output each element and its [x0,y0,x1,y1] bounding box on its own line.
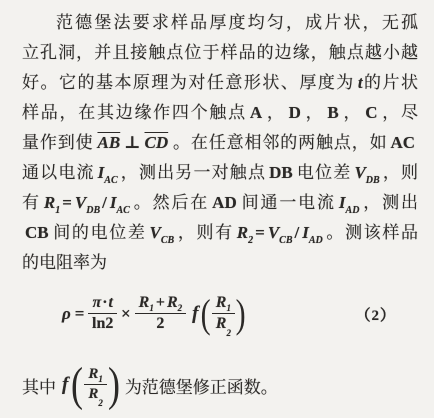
r1-symbol: R [88,366,98,383]
variable-subscript: 2 [248,235,253,246]
r1-subscript: 1 [98,374,103,384]
fraction-r1-over-r2: R1 R2 [212,294,235,335]
text-line: CB间的电位差VCB，则有R2=VCB/IAD。测该样品 [22,218,418,248]
text-run: ，测出另一对触点 [120,163,267,182]
r2-subscript: 2 [178,303,183,313]
variable-label: DB [269,163,293,182]
r1-symbol: R [139,294,150,312]
variable-subscript: AD [346,205,360,216]
variable-symbol: I [339,193,346,212]
variable-symbol: I [302,223,309,242]
text-run: ， [304,103,324,122]
variable-symbol: R [44,193,55,212]
times-sign: × [121,304,131,324]
text-run: ，则 [382,163,418,182]
text-run: 的电阻率为 [22,253,107,272]
overline-segment: AB [97,133,120,152]
variable-subscript: DB [86,205,100,216]
text-run: 间的电位差 [52,223,147,242]
text-line: 量作到使AB⊥CD。在任意相邻的两触点，如AC [22,128,418,158]
r2-subscript: 2 [226,328,231,338]
rho-symbol: ρ [62,304,71,324]
variable-label: C [365,103,377,122]
operator: ⊥ [124,133,140,152]
text-run: 的片状 [363,73,418,92]
variable-subscript: AC [117,205,130,216]
operator: = [255,223,265,242]
text-line: 立孔洞，并且接触点位于样品的边缘，触点越小越 [22,38,418,68]
f-function-symbol: f [192,303,198,325]
text-line: 通以电流IAC，测出另一对触点DB电位差VDB，则 [22,158,418,188]
variable-symbol: R [237,223,248,242]
operator: / [295,223,300,242]
text-line: 的电阻率为 [22,248,418,278]
text-run: 范德堡法要求样品厚度均匀，成片状，无孤 [56,13,418,32]
text-run: ，尽 [381,103,418,122]
fraction-r1-plus-r2-over-2: R1+R2 2 [135,294,186,334]
r2-symbol: R [88,386,98,402]
thickness-symbol: t [109,294,113,312]
overline-segment: CD [145,133,169,152]
text-run: 有 [22,193,41,212]
footnote-prefix: 其中 [22,373,56,398]
text-run: 。然后在 [132,193,209,212]
text-line: 范德堡法要求样品厚度均匀，成片状，无孤 [22,8,418,38]
variable-symbol: V [268,223,279,242]
text-line: 有R1=VDB/IAC。然后在AD间通一电流IAD，测出 [22,188,418,218]
r2-symbol: R [167,294,178,312]
text-run: 电位差 [296,163,352,182]
variable-symbol: V [75,193,86,212]
denominator-2: 2 [156,314,164,333]
r1-symbol: R [216,294,227,312]
text-run: 间通一电流 [240,193,336,212]
operator: = [62,193,72,212]
text-run: ， [265,103,285,122]
variable-label: A [250,103,262,122]
variable-symbol: V [354,163,365,182]
variable-label: AD [212,193,237,212]
text-run: 立孔洞，并且接触点位于样品的边缘，触点越小越 [22,43,418,62]
equals-sign: = [75,304,85,324]
equation-2: ρ = π·t ln2 × R1+R2 2 f ( R1 R2 ) [62,294,246,335]
text-run: 。在任意相邻的两触点，如 [172,133,387,152]
text-run: ， [342,103,362,122]
right-paren: ) [108,363,120,406]
pi-symbol: π [92,294,101,312]
variable-subscript: CB [279,235,292,246]
text-line: 样品，在其边缘作四个触点A，D，B，C，尽 [22,98,418,128]
equation-row: ρ = π·t ln2 × R1+R2 2 f ( R1 R2 ) （2） [22,282,418,346]
variable-label: B [327,103,338,122]
f-function-symbol: f [62,374,68,396]
variable-label: AC [390,133,415,152]
r1-subscript: 1 [149,303,154,313]
r1-subscript: 1 [226,303,231,313]
text-run: 样品，在其边缘作四个触点 [22,103,247,122]
variable-subscript: AD [309,235,323,246]
text-run: ，测出 [361,193,418,212]
right-paren: ) [236,296,246,332]
variable-subscript: 1 [55,205,60,216]
r2-symbol: R [216,315,227,332]
text-run: 。测该样品 [325,223,418,242]
variable-label: D [289,103,301,122]
text-run: 好。它的基本原理为对任意形状、厚度为 [22,73,355,92]
equation-number: （2） [355,304,396,325]
text-line: 好。它的基本原理为对任意形状、厚度为t的片状 [22,68,418,98]
left-paren: ( [201,296,211,332]
plus-sign: + [156,294,165,312]
footnote-suffix: 为范德堡修正函数。 [125,373,278,398]
variable-symbol: I [110,193,117,212]
text-run: 通以电流 [22,163,95,182]
text-run: ，则有 [176,223,234,242]
left-paren: ( [71,363,83,406]
ln2-denominator: ln2 [92,314,113,333]
fraction-r1-over-r2: R1 R2 [84,366,107,405]
variable-subscript: AC [104,175,117,186]
variable-label: CB [25,223,49,242]
operator: / [102,193,107,212]
text-run: 量作到使 [22,133,93,152]
fraction-pit-over-ln2: π·t ln2 [88,294,117,334]
variable-symbol: V [150,223,161,242]
document-page: 范德堡法要求样品厚度均匀，成片状，无孤立孔洞，并且接触点位于样品的边缘，触点越小… [0,0,434,418]
r2-subscript: 2 [98,398,103,408]
variable-subscript: CB [161,235,174,246]
dot-operator: · [102,294,107,312]
paragraph-text: 范德堡法要求样品厚度均匀，成片状，无孤立孔洞，并且接触点位于样品的边缘，触点越小… [22,8,418,278]
footnote-row: 其中 f ( R1 R2 ) 为范德堡修正函数。 [22,352,418,418]
variable-subscript: DB [366,175,380,186]
